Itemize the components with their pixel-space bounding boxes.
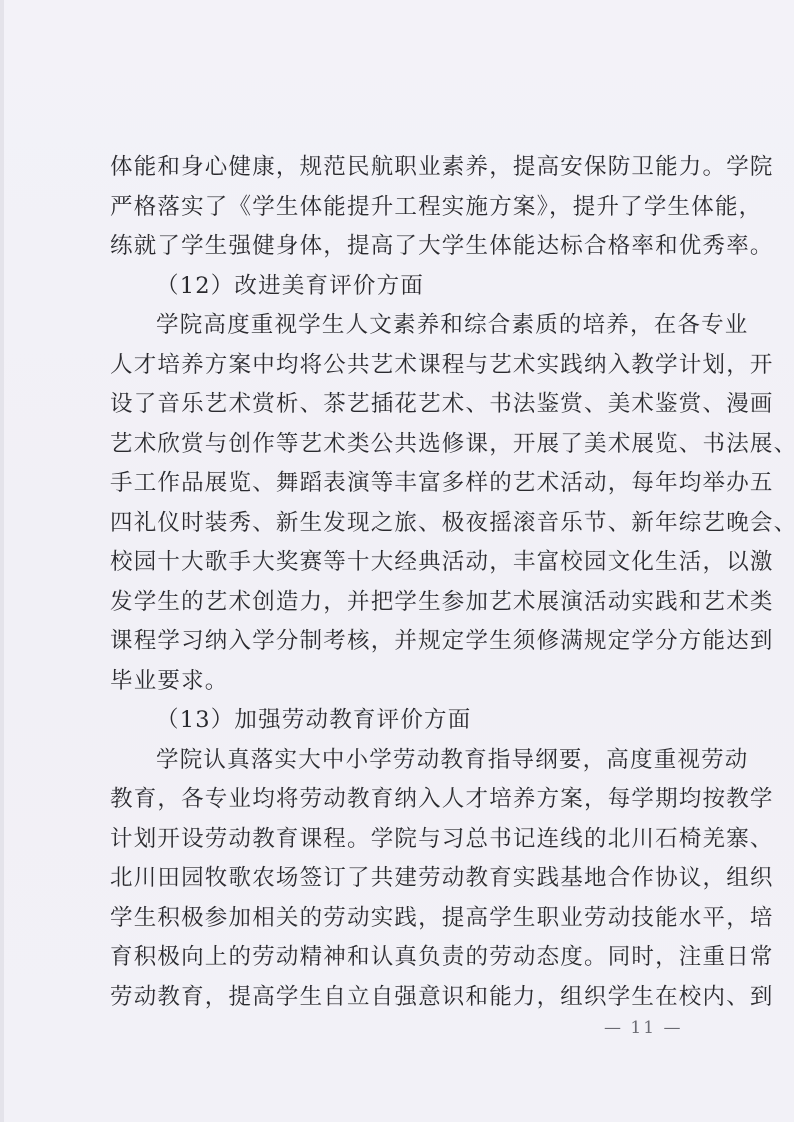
text-line: 教育，各专业均将劳动教育纳入人才培养方案，每学期均按教学 <box>110 780 710 820</box>
text-line: 艺术欣赏与创作等艺术类公共选修课，开展了美术展览、书法展、 <box>110 425 710 465</box>
text-line: 学院认真落实大中小学劳动教育指导纲要，高度重视劳动 <box>110 741 710 781</box>
text-line: 计划开设劳动教育课程。学院与习总书记连线的北川石椅羌寨、 <box>110 820 710 860</box>
text-line: 校园十大歌手大奖赛等十大经典活动，丰富校园文化生活，以激 <box>110 543 710 583</box>
section-heading-12: （12）改进美育评价方面 <box>110 267 710 307</box>
text-line: 体能和身心健康，规范民航职业素养，提高安保防卫能力。学院 <box>110 148 710 188</box>
text-line: 发学生的艺术创造力，并把学生参加艺术展演活动实践和艺术类 <box>110 583 710 623</box>
text-line: 人才培养方案中均将公共艺术课程与艺术实践纳入教学计划，开 <box>110 346 710 386</box>
text-line: 学生积极参加相关的劳动实践，提高学生职业劳动技能水平，培 <box>110 899 710 939</box>
text-line: 四礼仪时装秀、新生发现之旅、极夜摇滚音乐节、新年综艺晚会、 <box>110 504 710 544</box>
text-line: 设了音乐艺术赏析、茶艺插花艺术、书法鉴赏、美术鉴赏、漫画 <box>110 385 710 425</box>
text-line: 育积极向上的劳动精神和认真负责的劳动态度。同时，注重日常 <box>110 938 710 978</box>
page-number: — 11 — <box>604 1018 682 1038</box>
text-line: 严格落实了《学生体能提升工程实施方案》，提升了学生体能， <box>110 188 710 228</box>
text-line: 学院高度重视学生人文素养和综合素质的培养，在各专业 <box>110 306 710 346</box>
text-line: 劳动教育，提高学生自立自强意识和能力，组织学生在校内、到 <box>110 978 710 1018</box>
text-line: 手工作品展览、舞蹈表演等丰富多样的艺术活动，每年均举办五 <box>110 464 710 504</box>
body-text: 体能和身心健康，规范民航职业素养，提高安保防卫能力。学院 严格落实了《学生体能提… <box>110 148 710 1017</box>
text-line: 练就了学生强健身体，提高了大学生体能达标合格率和优秀率。 <box>110 227 710 267</box>
text-line: 毕业要求。 <box>110 662 710 702</box>
document-page: 体能和身心健康，规范民航职业素养，提高安保防卫能力。学院 严格落实了《学生体能提… <box>0 0 794 1122</box>
section-heading-13: （13）加强劳动教育评价方面 <box>110 701 710 741</box>
text-line: 课程学习纳入学分制考核，并规定学生须修满规定学分方能达到 <box>110 622 710 662</box>
text-line: 北川田园牧歌农场签订了共建劳动教育实践基地合作协议，组织 <box>110 859 710 899</box>
